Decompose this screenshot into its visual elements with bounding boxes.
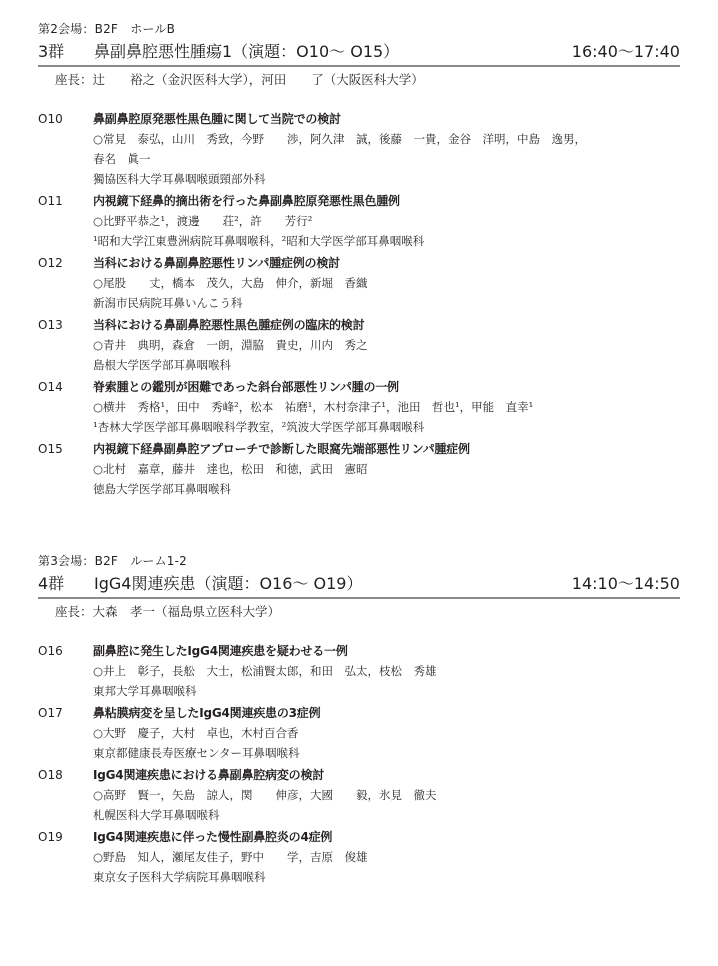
talk-item: O17 鼻粘膜病変を呈したIgG4関連疾患の3症例 ○大野 慶子，大村 卓也，木… [38, 703, 680, 763]
chairpersons: 座長：大森 孝一（福島県立医科大学） [38, 603, 680, 621]
talk-affiliation: 新潟市民病院耳鼻いんこう科 [93, 293, 680, 313]
talk-title: 脊索腫との鑑別が困難であった斜台部悪性リンパ腫の一例 [93, 377, 680, 397]
talk-title: IgG4関連疾患に伴った慢性副鼻腔炎の4症例 [93, 827, 680, 847]
talk-title: 当科における鼻副鼻腔悪性黒色腫症例の臨床的検討 [93, 315, 680, 335]
talk-item: O12 当科における鼻副鼻腔悪性リンパ腫症例の検討 ○尾股 丈，橋本 茂久，大島… [38, 253, 680, 313]
talk-id: O15 [38, 439, 63, 459]
talk-title: 副鼻腔に発生したIgG4関連疾患を疑わせる一例 [93, 641, 680, 661]
talk-id: O19 [38, 827, 63, 847]
talk-list: O16 副鼻腔に発生したIgG4関連疾患を疑わせる一例 ○井上 彰子，長舩 大士… [38, 641, 680, 887]
talk-id: O17 [38, 703, 63, 723]
talk-list: O10 鼻副鼻腔原発悪性黒色腫に関して当院での検討 ○常見 泰弘，山川 秀致，今… [38, 109, 680, 499]
talk-affiliation: 獨協医科大学耳鼻咽喉頭頸部外科 [93, 169, 680, 189]
talk-affiliation: ¹昭和大学江東豊洲病院耳鼻咽喉科，²昭和大学医学部耳鼻咽喉科 [93, 231, 680, 251]
session-group-4: 第3会場：B2F ルーム1-2 4群 IgG4関連疾患（演題：O16～ O19）… [38, 554, 680, 889]
talk-id: O11 [38, 191, 63, 211]
talk-affiliation: 東京都健康長寿医療センター耳鼻咽喉科 [93, 743, 680, 763]
talk-item: O15 内視鏡下経鼻副鼻腔アプローチで診断した眼窩先端部悪性リンパ腫症例 ○北村… [38, 439, 680, 499]
talk-affiliation: 東京女子医科大学病院耳鼻咽喉科 [93, 867, 680, 887]
talk-id: O18 [38, 765, 63, 785]
talk-authors: ○比野平恭之¹，渡邊 荘²，許 芳行² [93, 211, 680, 231]
talk-title: 鼻副鼻腔原発悪性黒色腫に関して当院での検討 [93, 109, 680, 129]
talk-authors: ○北村 嘉章，藤井 達也，松田 和徳，武田 憲昭 [93, 459, 680, 479]
talk-id: O16 [38, 641, 63, 661]
group-number: 4群 [38, 571, 64, 597]
talk-affiliation: 札幌医科大学耳鼻咽喉科 [93, 805, 680, 825]
talk-affiliation: 島根大学医学部耳鼻咽喉科 [93, 355, 680, 375]
talk-title: 鼻粘膜病変を呈したIgG4関連疾患の3症例 [93, 703, 680, 723]
group-number: 3群 [38, 39, 64, 65]
talk-affiliation: ¹杏林大学医学部耳鼻咽喉科学教室，²筑波大学医学部耳鼻咽喉科 [93, 417, 680, 437]
talk-id: O10 [38, 109, 63, 129]
talk-title: 当科における鼻副鼻腔悪性リンパ腫症例の検討 [93, 253, 680, 273]
talk-item: O11 内視鏡下経鼻的摘出術を行った鼻副鼻腔原発悪性黒色腫例 ○比野平恭之¹，渡… [38, 191, 680, 251]
venue-label: 第2会場：B2F ホールB [38, 22, 680, 36]
talk-authors: ○常見 泰弘，山川 秀致，今野 渉，阿久津 誠，後藤 一貴，金谷 洋明，中島 逸… [93, 129, 680, 169]
talk-item: O13 当科における鼻副鼻腔悪性黒色腫症例の臨床的検討 ○青井 典明，森倉 一朗… [38, 315, 680, 375]
session-header: 4群 IgG4関連疾患（演題：O16～ O19） 14:10～14:50 [38, 571, 680, 599]
session-group-3: 第2会場：B2F ホールB 3群 鼻副鼻腔悪性腫瘍1（演題：O10～ O15） … [38, 22, 680, 501]
talk-item: O16 副鼻腔に発生したIgG4関連疾患を疑わせる一例 ○井上 彰子，長舩 大士… [38, 641, 680, 701]
session-title: 鼻副鼻腔悪性腫瘍1（演題：O10～ O15） [94, 39, 399, 65]
talk-authors: ○高野 賢一，矢島 諒人，関 伸彦，大國 毅，氷見 徹夫 [93, 785, 680, 805]
talk-affiliation: 東邦大学耳鼻咽喉科 [93, 681, 680, 701]
session-header: 3群 鼻副鼻腔悪性腫瘍1（演題：O10～ O15） 16:40～17:40 [38, 39, 680, 67]
talk-authors: ○尾股 丈，橋本 茂久，大島 伸介，新堀 香織 [93, 273, 680, 293]
talk-item: O18 IgG4関連疾患における鼻副鼻腔病変の検討 ○高野 賢一，矢島 諒人，関… [38, 765, 680, 825]
talk-authors: ○井上 彰子，長舩 大士，松浦賢太郎，和田 弘太，枝松 秀雄 [93, 661, 680, 681]
talk-affiliation: 徳島大学医学部耳鼻咽喉科 [93, 479, 680, 499]
chairpersons: 座長：辻 裕之（金沢医科大学），河田 了（大阪医科大学） [38, 71, 680, 89]
talk-title: 内視鏡下経鼻副鼻腔アプローチで診断した眼窩先端部悪性リンパ腫症例 [93, 439, 680, 459]
session-time: 16:40～17:40 [572, 39, 680, 65]
talk-id: O14 [38, 377, 63, 397]
session-time: 14:10～14:50 [572, 571, 680, 597]
talk-id: O12 [38, 253, 63, 273]
talk-title: IgG4関連疾患における鼻副鼻腔病変の検討 [93, 765, 680, 785]
talk-item: O14 脊索腫との鑑別が困難であった斜台部悪性リンパ腫の一例 ○横井 秀格¹，田… [38, 377, 680, 437]
talk-id: O13 [38, 315, 63, 335]
talk-title: 内視鏡下経鼻的摘出術を行った鼻副鼻腔原発悪性黒色腫例 [93, 191, 680, 211]
talk-authors: ○野島 知人，瀬尾友佳子，野中 学，吉原 俊雄 [93, 847, 680, 867]
talk-item: O10 鼻副鼻腔原発悪性黒色腫に関して当院での検討 ○常見 泰弘，山川 秀致，今… [38, 109, 680, 189]
talk-authors: ○青井 典明，森倉 一朗，淵脇 貴史，川内 秀之 [93, 335, 680, 355]
talk-authors: ○横井 秀格¹，田中 秀峰²，松本 祐磨¹，木村奈津子¹，池田 哲也¹，甲能 直… [93, 397, 680, 417]
session-title: IgG4関連疾患（演題：O16～ O19） [94, 571, 362, 597]
talk-authors: ○大野 慶子，大村 卓也，木村百合香 [93, 723, 680, 743]
talk-item: O19 IgG4関連疾患に伴った慢性副鼻腔炎の4症例 ○野島 知人，瀬尾友佳子，… [38, 827, 680, 887]
venue-label: 第3会場：B2F ルーム1-2 [38, 554, 680, 568]
